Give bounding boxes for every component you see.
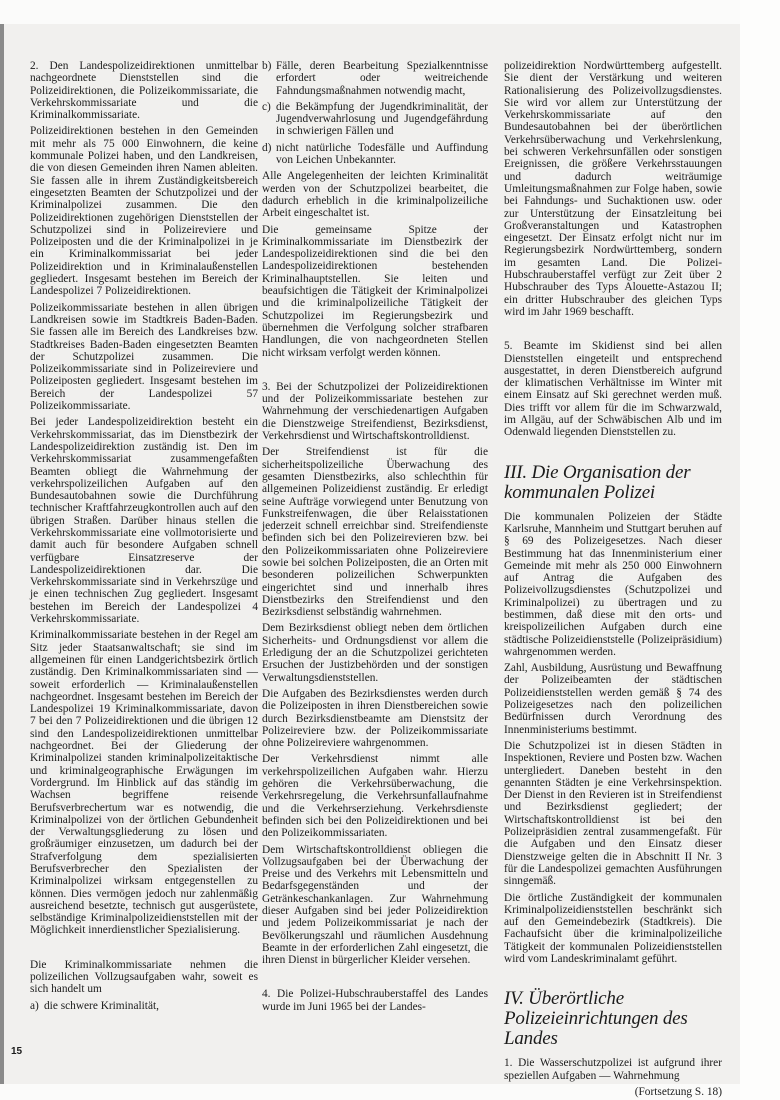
paragraph: 2. Den Landespolizeidirektionen unmittel… [30,60,258,121]
list-marker: c) [262,101,276,138]
paragraph: Dem Wirtschaftskontrolldienst obliegen d… [262,844,488,967]
paragraph: Zahl, Ausbildung, Ausrüstung und Bewaffn… [504,662,722,736]
paragraph: Die örtliche Zuständigkeit der kommunale… [504,892,722,966]
section-heading-3: III. Die Organisation der kommunalen Pol… [504,463,722,503]
paragraph: Polizeidirektionen bestehen in den Gemei… [30,125,258,297]
paragraph: Alle Angelegenheiten der leichten Krimin… [262,170,488,219]
paragraph: Polizeikommissariate bestehen in allen ü… [30,302,258,413]
paragraph: 1. Die Wasserschutzpolizei ist aufgrund … [504,1057,722,1082]
scan-margin [740,0,780,1100]
list-marker: a) [30,1000,44,1012]
column-1: 2. Den Landespolizeidirektionen unmittel… [30,60,258,1016]
paragraph: Dem Bezirksdienst obliegt neben dem örtl… [262,622,488,683]
column-3: polizeidirektion Nordwürttemberg aufgest… [504,60,722,1100]
list-item: b) Fälle, deren Bearbeitung Spezialkennt… [262,60,488,97]
list-item: d) nicht natürliche Todesfälle und Auffi… [262,142,488,167]
list-item: a) die schwere Kriminalität, [30,1000,258,1012]
list-text: nicht natürliche Todesfälle und Auffindu… [276,142,488,167]
paragraph: Bei jeder Landespolizeidirektion besteht… [30,416,258,625]
paragraph: Kriminalkommissariate bestehen in der Re… [30,629,258,936]
list-text: Fälle, deren Bearbeitung Spezialkenntnis… [276,60,488,97]
paragraph: Der Streifendienst ist für die sicherhei… [262,446,488,618]
paragraph: Die Schutzpolizei ist in diesen Städten … [504,740,722,888]
column-2: b) Fälle, deren Bearbeitung Spezialkennt… [262,60,488,1017]
paragraph: 5. Beamte im Skidienst sind bei allen Di… [504,340,722,438]
paragraph: 4. Die Polizei-Hubschrauberstaffel des L… [262,988,488,1013]
magazine-page: 2. Den Landespolizeidirektionen unmittel… [0,24,740,1084]
list-text: die schwere Kriminalität, [44,1000,258,1012]
paragraph: Die Kriminalkommissariate nehmen die pol… [30,959,258,996]
list-text: die Bekämpfung der Jugendkriminalität, d… [276,101,488,138]
paragraph: Die kommunalen Polizeien der Städte Karl… [504,511,722,659]
paragraph: 3. Bei der Schutzpolizei der Polizeidire… [262,381,488,442]
paragraph: polizeidirektion Nordwürttemberg aufgest… [504,60,722,318]
paragraph: Die gemeinsame Spitze der Kriminalkommis… [262,224,488,359]
paragraph: Die Aufgaben des Bezirksdienstes werden … [262,688,488,749]
section-heading-4: IV. Überörtliche Polizeieinrichtungen de… [504,989,722,1049]
paragraph: Der Verkehrsdienst nimmt alle verkehrspo… [262,753,488,839]
list-item: c) die Bekämpfung der Jugendkriminalität… [262,101,488,138]
list-marker: d) [262,142,276,167]
list-marker: b) [262,60,276,97]
continuation-note: (Fortsetzung S. 18) [504,1086,722,1098]
page-number: 15 [11,1046,22,1057]
